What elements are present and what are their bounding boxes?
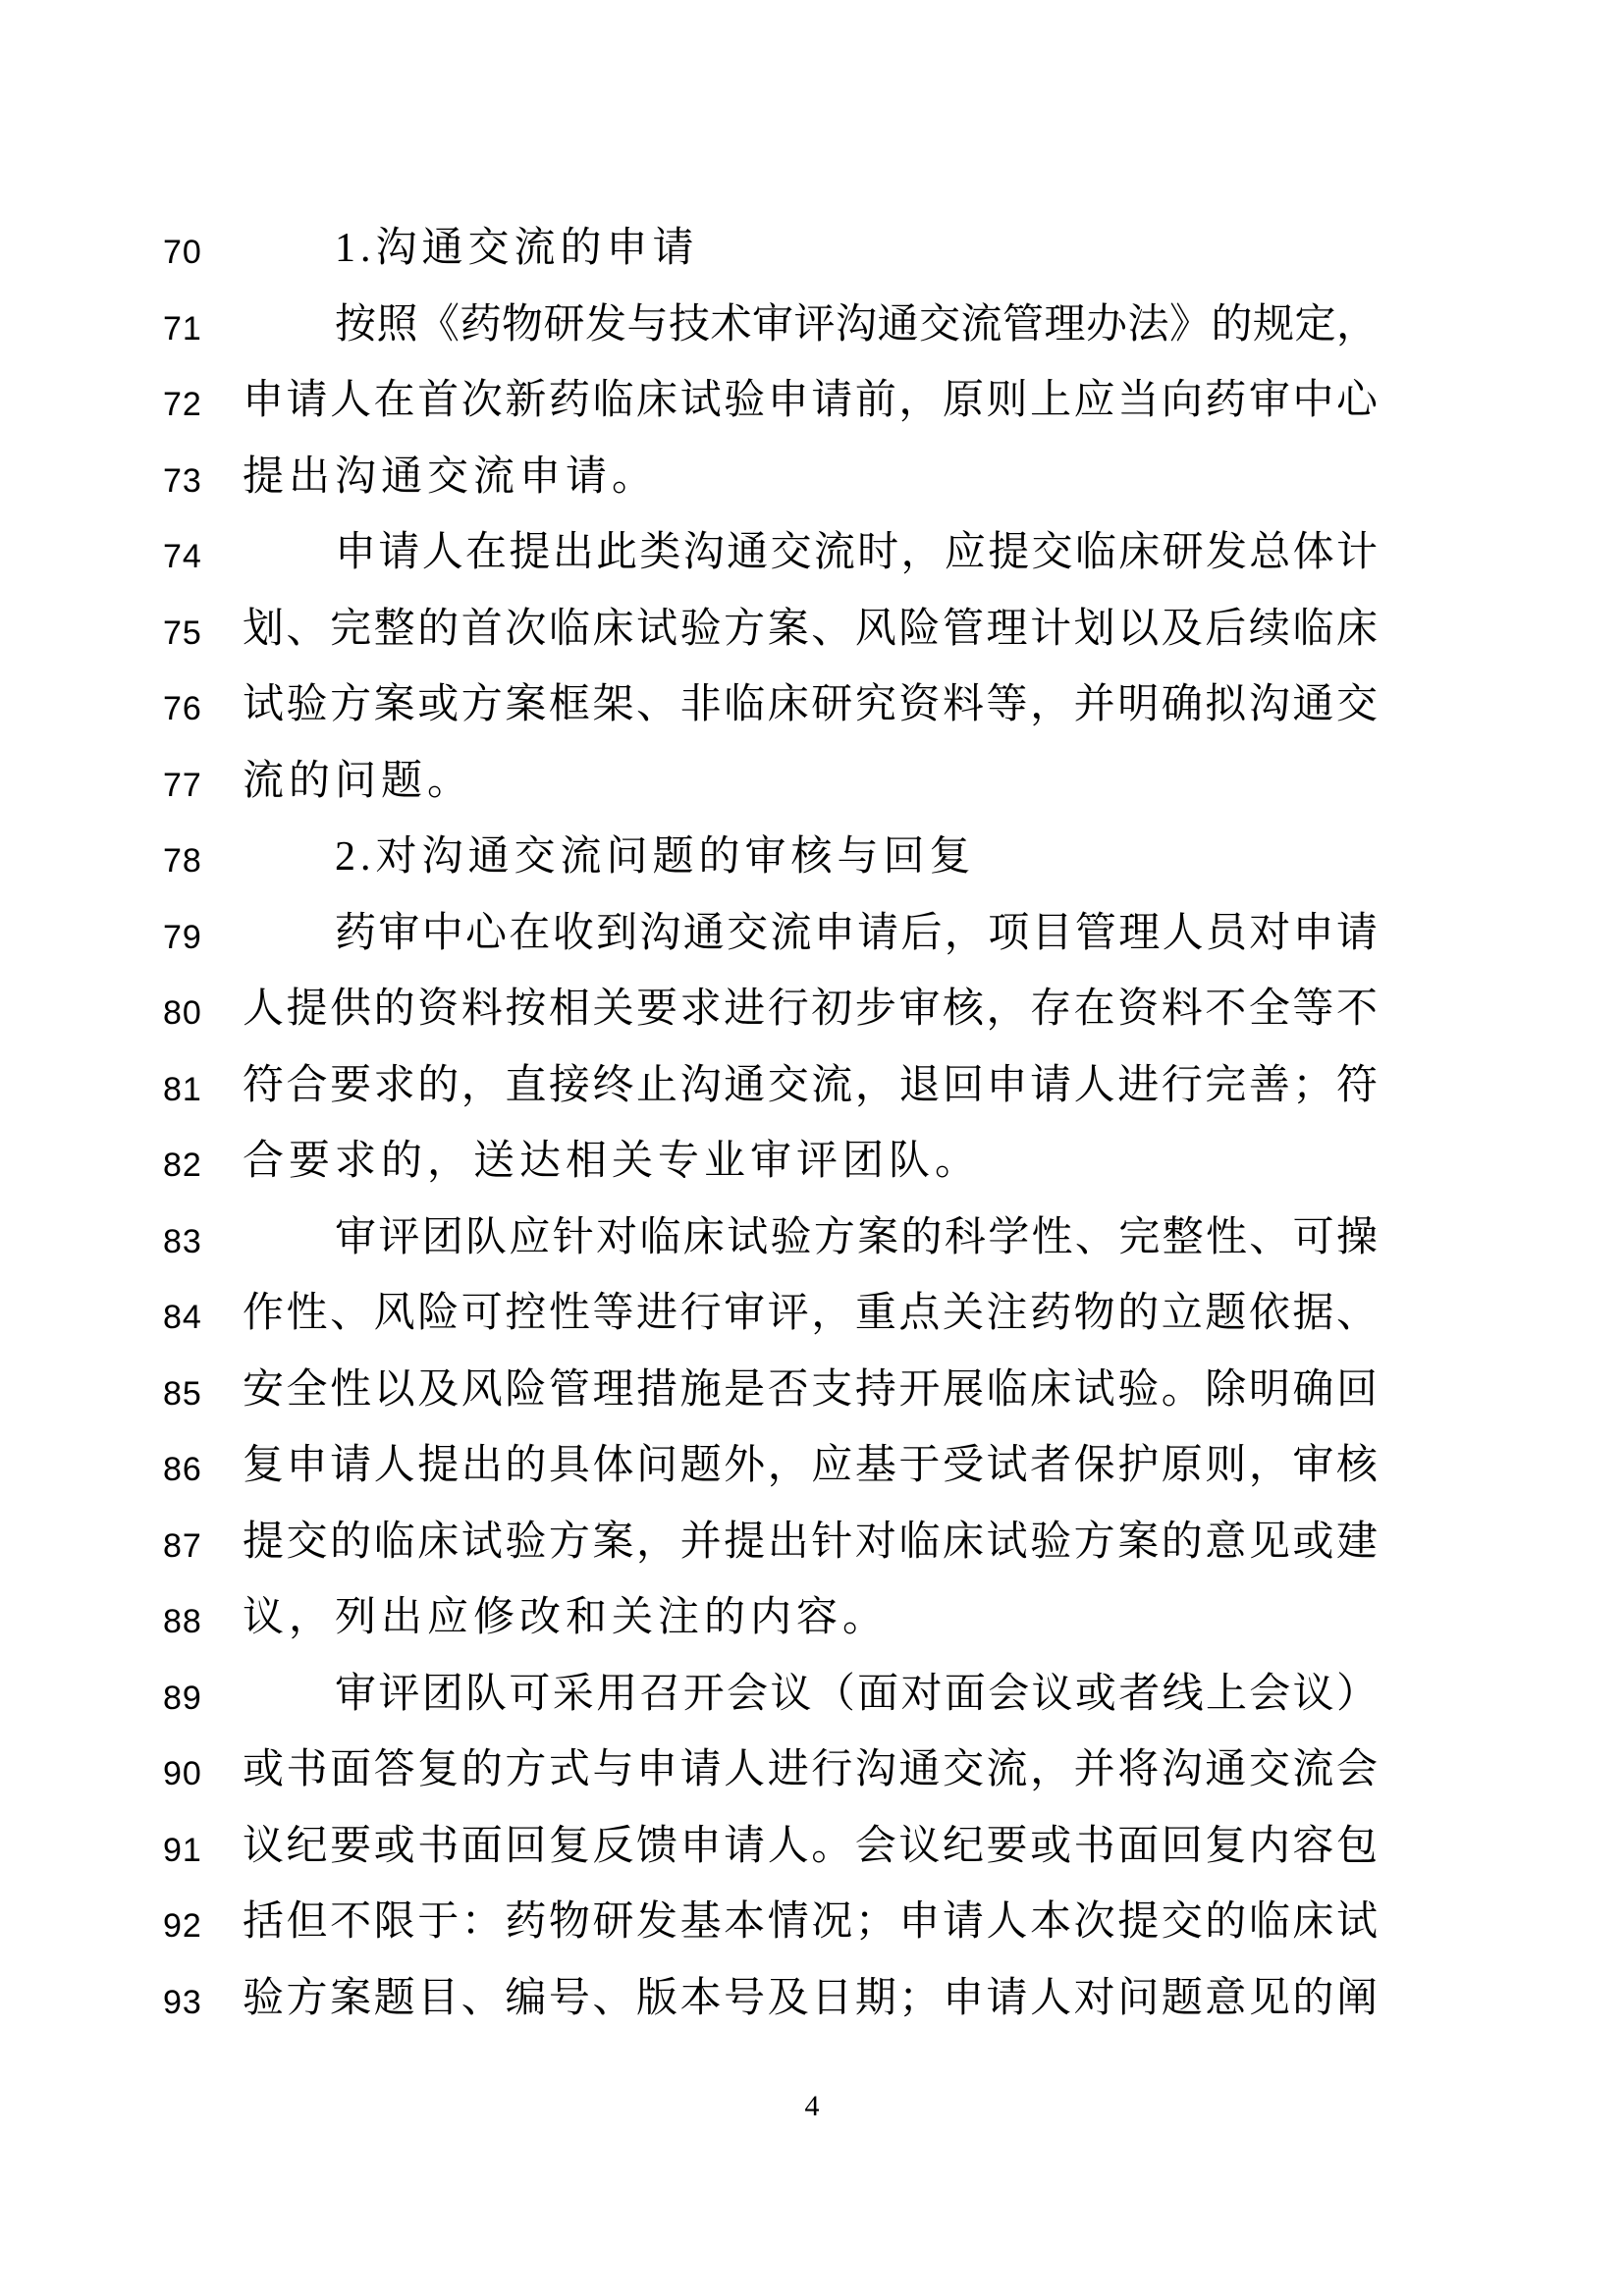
text-line: 71 按照《药物研发与技术审评沟通交流管理办法》的规定， [0, 298, 1624, 375]
line-number: 93 [163, 1984, 206, 2021]
document-body: 70 1.沟通交流的申请 71 按照《药物研发与技术审评沟通交流管理办法》的规定… [0, 222, 1624, 2048]
line-number: 91 [163, 1832, 206, 1869]
line-number: 83 [163, 1223, 206, 1260]
line-text: 符合要求的，直接终止沟通交流，退回申请人进行完善；符 [243, 1059, 1378, 1112]
line-number: 86 [163, 1451, 206, 1488]
text-line: 80 人提供的资料按相关要求进行初步审核，存在资料不全等不 [0, 983, 1624, 1059]
line-text: 议纪要或书面回复反馈申请人。会议纪要或书面回复内容包 [243, 1820, 1378, 1873]
line-text: 试验方案或方案框架、非临床研究资料等，并明确拟沟通交 [243, 678, 1378, 731]
line-number: 90 [163, 1755, 206, 1792]
text-line: 74 申请人在提出此类沟通交流时，应提交临床研发总体计 [0, 526, 1624, 603]
line-text: 或书面答复的方式与申请人进行沟通交流，并将沟通交流会 [243, 1743, 1378, 1796]
text-line: 92 括但不限于：药物研发基本情况；申请人本次提交的临床试 [0, 1896, 1624, 1972]
text-line: 81 符合要求的，直接终止沟通交流，退回申请人进行完善；符 [0, 1059, 1624, 1136]
text-line: 70 1.沟通交流的申请 [0, 222, 1624, 298]
line-number: 70 [163, 234, 206, 271]
text-line: 87 提交的临床试验方案，并提出针对临床试验方案的意见或建 [0, 1516, 1624, 1592]
line-number: 80 [163, 994, 206, 1032]
text-line: 84 作性、风险可控性等进行审评，重点关注药物的立题依据、 [0, 1287, 1624, 1363]
text-line: 76 试验方案或方案框架、非临床研究资料等，并明确拟沟通交 [0, 678, 1624, 755]
line-text: 1.沟通交流的申请 [243, 222, 1378, 275]
line-number: 85 [163, 1375, 206, 1413]
line-text: 药审中心在收到沟通交流申请后，项目管理人员对申请 [243, 907, 1378, 960]
line-text: 提出沟通交流申请。 [243, 451, 1378, 504]
line-number: 79 [163, 919, 206, 956]
text-line: 73 提出沟通交流申请。 [0, 451, 1624, 527]
line-number: 75 [163, 614, 206, 652]
line-text: 审评团队可采用召开会议（面对面会议或者线上会议） [243, 1668, 1378, 1721]
line-text: 复申请人提出的具体问题外，应基于受试者保护原则，审核 [243, 1439, 1378, 1492]
text-line: 75 划、完整的首次临床试验方案、风险管理计划以及后续临床 [0, 603, 1624, 679]
document-page: 70 1.沟通交流的申请 71 按照《药物研发与技术审评沟通交流管理办法》的规定… [0, 0, 1624, 2296]
line-text: 2.对沟通交流问题的审核与回复 [243, 830, 1378, 883]
line-number: 71 [163, 310, 206, 347]
text-line: 82 合要求的，送达相关专业审评团队。 [0, 1135, 1624, 1211]
line-number: 78 [163, 842, 206, 880]
text-line: 85 安全性以及风险管理措施是否支持开展临床试验。除明确回 [0, 1363, 1624, 1440]
line-text: 安全性以及风险管理措施是否支持开展临床试验。除明确回 [243, 1363, 1378, 1416]
line-number: 76 [163, 690, 206, 727]
line-number: 81 [163, 1071, 206, 1108]
text-line: 91 议纪要或书面回复反馈申请人。会议纪要或书面回复内容包 [0, 1820, 1624, 1896]
text-line: 79 药审中心在收到沟通交流申请后，项目管理人员对申请 [0, 907, 1624, 984]
line-text: 人提供的资料按相关要求进行初步审核，存在资料不全等不 [243, 983, 1378, 1036]
line-number: 72 [163, 386, 206, 423]
line-text: 提交的临床试验方案，并提出针对临床试验方案的意见或建 [243, 1516, 1378, 1569]
text-line: 90 或书面答复的方式与申请人进行沟通交流，并将沟通交流会 [0, 1743, 1624, 1820]
line-number: 88 [163, 1603, 206, 1640]
line-number: 77 [163, 767, 206, 804]
line-text: 划、完整的首次临床试验方案、风险管理计划以及后续临床 [243, 603, 1378, 656]
line-text: 流的问题。 [243, 755, 1378, 808]
text-line: 93 验方案题目、编号、版本号及日期；申请人对问题意见的阐 [0, 1972, 1624, 2049]
line-text: 申请人在提出此类沟通交流时，应提交临床研发总体计 [243, 526, 1378, 579]
text-line: 83 审评团队应针对临床试验方案的科学性、完整性、可操 [0, 1211, 1624, 1288]
text-line: 78 2.对沟通交流问题的审核与回复 [0, 830, 1624, 907]
page-number: 4 [0, 2089, 1624, 2124]
line-number: 74 [163, 538, 206, 575]
line-text: 括但不限于：药物研发基本情况；申请人本次提交的临床试 [243, 1896, 1378, 1949]
line-text: 申请人在首次新药临床试验申请前，原则上应当向药审中心 [243, 374, 1378, 427]
line-text: 作性、风险可控性等进行审评，重点关注药物的立题依据、 [243, 1287, 1378, 1340]
text-line: 86 复申请人提出的具体问题外，应基于受试者保护原则，审核 [0, 1439, 1624, 1516]
line-text: 审评团队应针对临床试验方案的科学性、完整性、可操 [243, 1211, 1378, 1264]
text-line: 72 申请人在首次新药临床试验申请前，原则上应当向药审中心 [0, 374, 1624, 451]
line-text: 验方案题目、编号、版本号及日期；申请人对问题意见的阐 [243, 1972, 1378, 2025]
line-number: 87 [163, 1527, 206, 1565]
line-number: 92 [163, 1907, 206, 1945]
line-number: 89 [163, 1680, 206, 1717]
line-text: 合要求的，送达相关专业审评团队。 [243, 1135, 1378, 1188]
text-line: 77 流的问题。 [0, 755, 1624, 831]
line-text: 议，列出应修改和关注的内容。 [243, 1591, 1378, 1644]
line-text: 按照《药物研发与技术审评沟通交流管理办法》的规定， [243, 298, 1378, 351]
line-number: 82 [163, 1147, 206, 1184]
text-line: 89 审评团队可采用召开会议（面对面会议或者线上会议） [0, 1668, 1624, 1744]
line-number: 73 [163, 462, 206, 500]
line-number: 84 [163, 1299, 206, 1336]
text-line: 88 议，列出应修改和关注的内容。 [0, 1591, 1624, 1668]
